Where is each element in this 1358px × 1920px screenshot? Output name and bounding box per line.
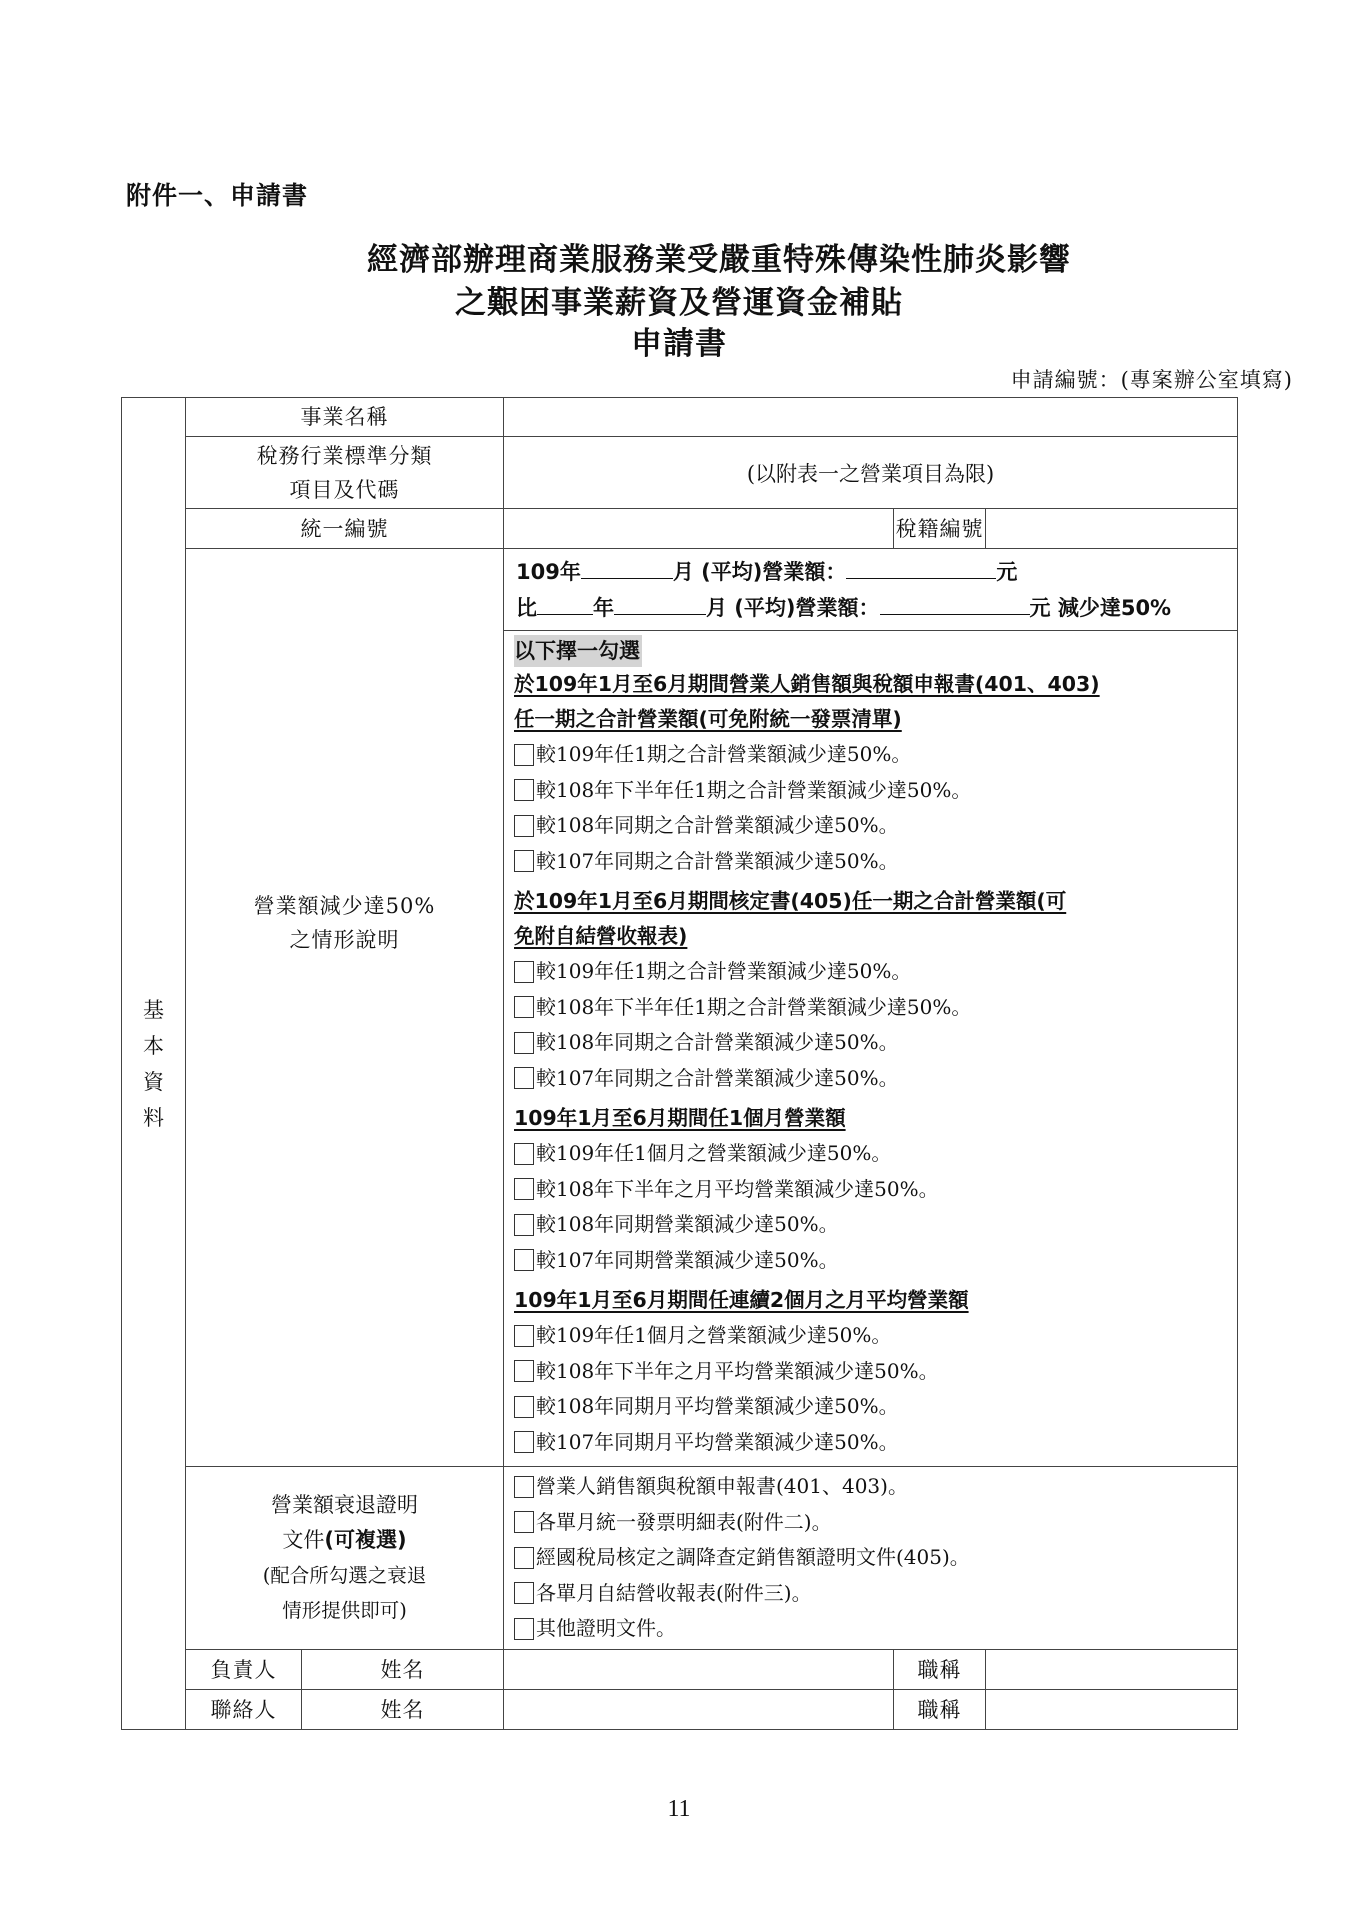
option-label: 較108年下半年之月平均營業額減少達50%。: [536, 1172, 939, 1208]
decline-option[interactable]: 較108年下半年任1期之合計營業額減少達50%。: [514, 990, 1227, 1026]
proof-option[interactable]: 營業人銷售額與稅額申報書(401、403)。: [514, 1469, 1227, 1505]
checkbox[interactable]: [514, 1032, 534, 1054]
decline-option[interactable]: 較108年同期月平均營業額減少達50%。: [514, 1389, 1227, 1425]
checkbox[interactable]: [514, 1476, 534, 1498]
checkbox[interactable]: [514, 850, 534, 872]
decline-option[interactable]: 較108年同期之合計營業額減少達50%。: [514, 808, 1227, 844]
checkbox[interactable]: [514, 1214, 534, 1236]
row-contact-person: 聯絡人 姓名 職稱: [122, 1690, 1238, 1730]
row-revenue-amounts: 營業額減少達50% 之情形說明 109年月 (平均)營業額：元 比年月 (平均)…: [122, 549, 1238, 631]
checkbox[interactable]: [514, 1178, 534, 1200]
side-label-char: 資: [122, 1064, 185, 1100]
industry-code-hint: (以附表一之營業項目為限): [747, 462, 994, 486]
multi-select-note: (可複選): [324, 1528, 406, 1552]
page-number: 11: [0, 1796, 1358, 1823]
document-title-line1: 經濟部辦理商業服務業受嚴重特殊傳染性肺炎影響: [40, 234, 1358, 279]
current-revenue-blank[interactable]: [846, 558, 996, 579]
document-title-line2: 之艱困事業薪資及營運資金補貼: [0, 277, 1358, 322]
proof-label-docs: 文件: [282, 1528, 324, 1552]
proof-option[interactable]: 其他證明文件。: [514, 1611, 1227, 1647]
revenue-line-current: 109年月 (平均)營業額：元: [504, 554, 1237, 590]
revenue-amount-fields: 109年月 (平均)營業額：元 比年月 (平均)營業額：元 減少達50%: [504, 549, 1238, 631]
checkbox[interactable]: [514, 1360, 534, 1382]
side-label-char: 本: [122, 1028, 185, 1064]
current-month-blank[interactable]: [581, 558, 673, 579]
choose-one-instruction: 以下擇一勾選: [514, 635, 642, 667]
decline-option[interactable]: 較108年下半年之月平均營業額減少達50%。: [514, 1354, 1227, 1390]
section-heading: 於109年1月至6月期間核定書(405)任一期之合計營業額(可: [514, 884, 1227, 919]
option-label: 較108年下半年任1期之合計營業額減少達50%。: [536, 990, 971, 1026]
option-label: 較109年任1個月之營業額減少達50%。: [536, 1136, 891, 1172]
section-heading: 109年1月至6月期間任1個月營業額: [514, 1101, 1227, 1136]
decline-option[interactable]: 較108年同期之合計營業額減少達50%。: [514, 1025, 1227, 1061]
checkbox[interactable]: [514, 779, 534, 801]
checkbox[interactable]: [514, 1431, 534, 1453]
option-label: 較107年同期之合計營業額減少達50%。: [536, 844, 899, 880]
decline-option[interactable]: 較107年同期之合計營業額減少達50%。: [514, 844, 1227, 880]
option-label: 較109年任1個月之營業額減少達50%。: [536, 1318, 891, 1354]
decline-options: 以下擇一勾選 於109年1月至6月期間營業人銷售額與稅額申報書(401、403)…: [504, 631, 1237, 1466]
option-label: 較108年同期營業額減少達50%。: [536, 1207, 839, 1243]
option-label: 較108年下半年之月平均營業額減少達50%。: [536, 1354, 939, 1390]
section-heading: 免附自結營收報表): [514, 919, 1227, 954]
option-label: 較107年同期月平均營業額減少達50%。: [536, 1425, 899, 1461]
option-label: 其他證明文件。: [536, 1611, 676, 1647]
proof-label-line3: (配合所勾選之衰退: [186, 1558, 503, 1593]
option-label: 較107年同期營業額減少達50%。: [536, 1243, 839, 1279]
row-business-name: 基 本 資 料 事業名稱: [122, 398, 1238, 437]
avg-revenue-label: 月 (平均)營業額：: [706, 596, 880, 620]
decline-option[interactable]: 較109年任1個月之營業額減少達50%。: [514, 1318, 1227, 1354]
proof-label-line1: 營業額衰退證明: [186, 1488, 503, 1523]
option-label: 較109年任1期之合計營業額減少達50%。: [536, 954, 911, 990]
proof-documents-options: 營業人銷售額與稅額申報書(401、403)。 各單月統一發票明細表(附件二)。 …: [504, 1467, 1238, 1650]
responsible-name-label: 姓名: [302, 1650, 504, 1690]
decline-option[interactable]: 較107年同期營業額減少達50%。: [514, 1243, 1227, 1279]
option-label: 較109年任1期之合計營業額減少達50%。: [536, 737, 911, 773]
option-label: 較108年下半年任1期之合計營業額減少達50%。: [536, 773, 971, 809]
basic-info-side-label: 基 本 資 料: [122, 398, 186, 1730]
unified-number-field[interactable]: [504, 509, 894, 549]
checkbox[interactable]: [514, 815, 534, 837]
proof-option[interactable]: 經國稅局核定之調降查定銷售額證明文件(405)。: [514, 1540, 1227, 1576]
row-responsible-person: 負責人 姓名 職稱: [122, 1650, 1238, 1690]
proof-documents-label: 營業額衰退證明 文件(可複選) (配合所勾選之衰退 情形提供即可): [186, 1467, 504, 1650]
checkbox[interactable]: [514, 1067, 534, 1089]
decline-threshold-text: 元 減少達50%: [1030, 596, 1172, 620]
checkbox[interactable]: [514, 1396, 534, 1418]
decline-option[interactable]: 較109年任1期之合計營業額減少達50%。: [514, 954, 1227, 990]
currency-unit: 元: [996, 560, 1017, 584]
checkbox[interactable]: [514, 1618, 534, 1640]
decline-option[interactable]: 較107年同期月平均營業額減少達50%。: [514, 1425, 1227, 1461]
decline-option[interactable]: 較107年同期之合計營業額減少達50%。: [514, 1061, 1227, 1097]
checkbox[interactable]: [514, 1249, 534, 1271]
industry-code-label-line2: 項目及代碼: [186, 473, 503, 507]
row-proof-documents: 營業額衰退證明 文件(可複選) (配合所勾選之衰退 情形提供即可) 營業人銷售額…: [122, 1467, 1238, 1650]
proof-label-line4: 情形提供即可): [186, 1593, 503, 1628]
contact-name-field[interactable]: [504, 1690, 894, 1730]
compare-year-blank[interactable]: [537, 594, 593, 615]
contact-title-field[interactable]: [986, 1690, 1238, 1730]
side-label-char: 料: [122, 1100, 185, 1136]
contact-title-label: 職稱: [894, 1690, 986, 1730]
attachment-title: 附件一、申請書: [126, 176, 308, 212]
checkbox[interactable]: [514, 1582, 534, 1604]
responsible-title-label: 職稱: [894, 1650, 986, 1690]
compare-month-blank[interactable]: [614, 594, 706, 615]
responsible-name-field[interactable]: [504, 1650, 894, 1690]
revenue-line-compare: 比年月 (平均)營業額：元 減少達50%: [504, 590, 1237, 626]
checkbox[interactable]: [514, 1143, 534, 1165]
revenue-decline-label: 營業額減少達50% 之情形說明: [186, 549, 504, 1467]
checkbox[interactable]: [514, 1511, 534, 1533]
contact-name-label: 姓名: [302, 1690, 504, 1730]
option-label: 較108年同期之合計營業額減少達50%。: [536, 808, 899, 844]
checkbox[interactable]: [514, 961, 534, 983]
proof-label-line2: 文件(可複選): [186, 1523, 503, 1558]
option-label: 較108年同期月平均營業額減少達50%。: [536, 1389, 899, 1425]
compare-year-label: 年: [593, 596, 614, 620]
revenue-year-label: 109年: [516, 560, 581, 584]
responsible-person-label: 負責人: [186, 1650, 302, 1690]
revenue-decline-label-line2: 之情形說明: [186, 923, 503, 957]
option-label: 經國稅局核定之調降查定銷售額證明文件(405)。: [536, 1540, 970, 1576]
industry-code-field[interactable]: (以附表一之營業項目為限): [504, 437, 1238, 509]
tax-id-label: 稅籍編號: [894, 509, 986, 549]
proof-option[interactable]: 各單月自結營收報表(附件三)。: [514, 1576, 1227, 1612]
row-industry-code: 稅務行業標準分類 項目及代碼 (以附表一之營業項目為限): [122, 437, 1238, 509]
contact-person-label: 聯絡人: [186, 1690, 302, 1730]
application-number: 申請編號：(專案辦公室填寫): [1011, 364, 1293, 394]
option-label: 各單月自結營收報表(附件三)。: [536, 1576, 812, 1612]
avg-revenue-label: 月 (平均)營業額：: [673, 560, 847, 584]
side-label-char: 基: [122, 992, 185, 1028]
checkbox[interactable]: [514, 996, 534, 1018]
section-heading: 於109年1月至6月期間營業人銷售額與稅額申報書(401、403): [514, 667, 1227, 702]
industry-code-label-line1: 稅務行業標準分類: [186, 439, 503, 473]
checkbox[interactable]: [514, 1547, 534, 1569]
option-label: 較107年同期之合計營業額減少達50%。: [536, 1061, 899, 1097]
responsible-title-field[interactable]: [986, 1650, 1238, 1690]
tax-id-field[interactable]: [986, 509, 1238, 549]
compare-revenue-blank[interactable]: [880, 594, 1030, 615]
checkbox[interactable]: [514, 744, 534, 766]
application-form-table: 基 本 資 料 事業名稱 稅務行業標準分類 項目及代碼 (以附表一之營業項目為限…: [121, 397, 1238, 1730]
industry-code-label: 稅務行業標準分類 項目及代碼: [186, 437, 504, 509]
option-label: 各單月統一發票明細表(附件二)。: [536, 1505, 832, 1541]
business-name-field[interactable]: [504, 398, 1238, 437]
option-label: 較108年同期之合計營業額減少達50%。: [536, 1025, 899, 1061]
section-heading: 任一期之合計營業額(可免附統一發票清單): [514, 702, 1227, 737]
decline-option[interactable]: 較109年任1期之合計營業額減少達50%。: [514, 737, 1227, 773]
row-unified-number: 統一編號 稅籍編號: [122, 509, 1238, 549]
option-label: 營業人銷售額與稅額申報書(401、403)。: [536, 1469, 908, 1505]
decline-option[interactable]: 較108年同期營業額減少達50%。: [514, 1207, 1227, 1243]
proof-option[interactable]: 各單月統一發票明細表(附件二)。: [514, 1505, 1227, 1541]
revenue-decline-label-line1: 營業額減少達50%: [186, 889, 503, 923]
document-title-line3: 申請書: [0, 318, 1358, 363]
decline-option[interactable]: 較108年下半年之月平均營業額減少達50%。: [514, 1172, 1227, 1208]
decline-options-cell: 以下擇一勾選 於109年1月至6月期間營業人銷售額與稅額申報書(401、403)…: [504, 631, 1238, 1467]
business-name-label: 事業名稱: [186, 398, 504, 437]
decline-option[interactable]: 較109年任1個月之營業額減少達50%。: [514, 1136, 1227, 1172]
checkbox[interactable]: [514, 1325, 534, 1347]
decline-option[interactable]: 較108年下半年任1期之合計營業額減少達50%。: [514, 773, 1227, 809]
unified-number-label: 統一編號: [186, 509, 504, 549]
compare-prefix: 比: [516, 596, 537, 620]
section-heading: 109年1月至6月期間任連續2個月之月平均營業額: [514, 1283, 1227, 1318]
